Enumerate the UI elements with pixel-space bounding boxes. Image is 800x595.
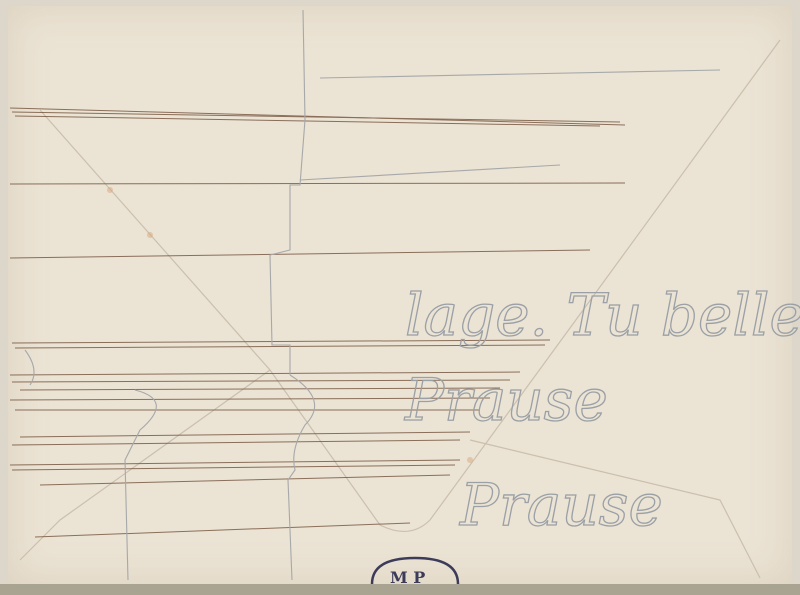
- photo-frame: lage. Tu belle Prause Prause M P: [0, 0, 800, 595]
- handwriting-line-2: Prause: [404, 366, 608, 434]
- handwriting-line-3: Prause: [459, 471, 663, 539]
- stamp-text: M P: [390, 568, 425, 587]
- sketch-layer: lage. Tu belle Prause Prause M P: [0, 0, 800, 595]
- handwriting-line-1: lage. Tu belle: [405, 281, 800, 349]
- collector-stamp: M P: [372, 558, 458, 587]
